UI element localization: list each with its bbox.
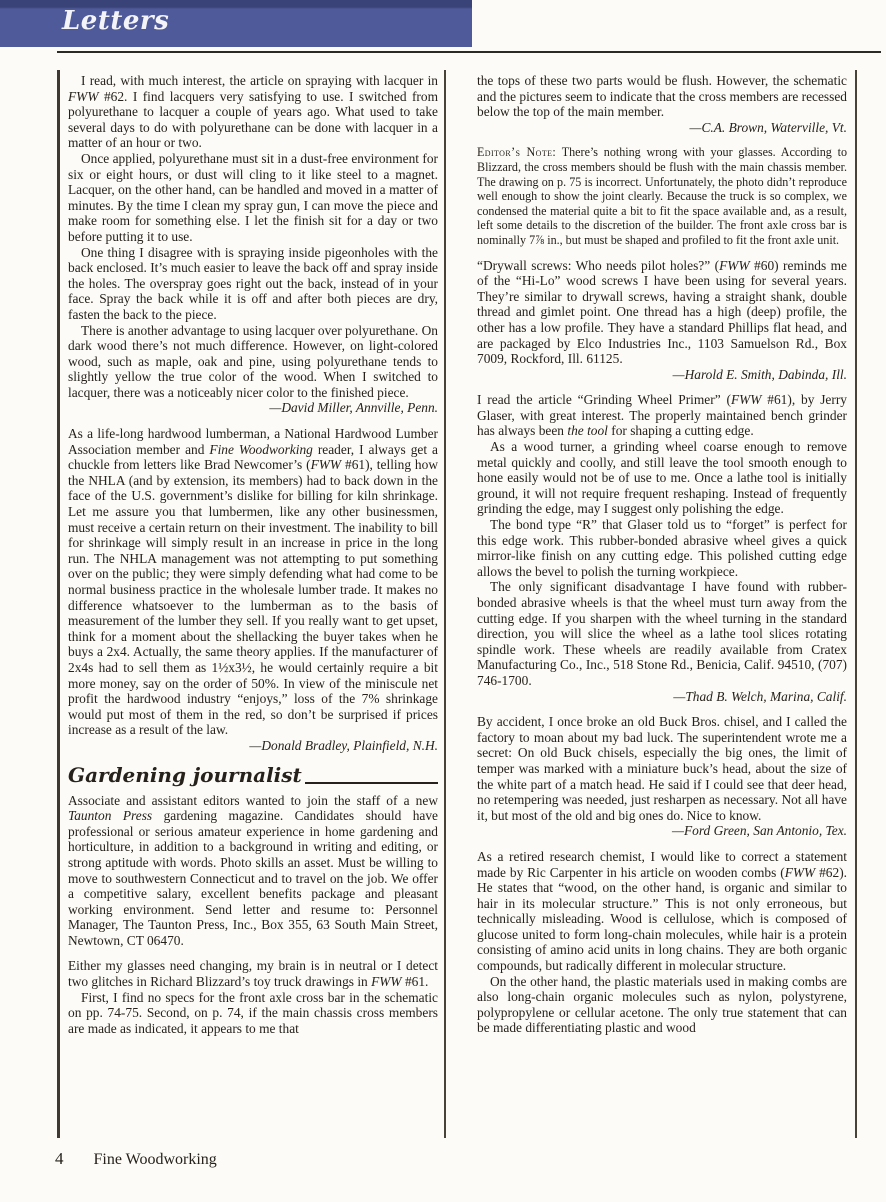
letter-paragraph: As a life-long hardwood lumberman, a Nat… [68, 426, 438, 738]
column-right: the tops of these two parts would be flu… [477, 73, 847, 1145]
heading-rule [305, 782, 438, 784]
letter-paragraph: First, I find no specs for the front axl… [68, 990, 438, 1037]
editors-note-label: Editor’s Note: [477, 145, 556, 159]
column-rule-middle [444, 70, 446, 1138]
letter-signature: —Thad B. Welch, Marina, Calif. [477, 689, 847, 705]
magazine-page: Letters I read, with much interest, the … [0, 0, 886, 1202]
editors-note: Editor’s Note: There’s nothing wrong wit… [477, 145, 847, 247]
page-footer: 4Fine Woodworking [55, 1149, 217, 1169]
letter-signature: —David Miller, Annville, Penn. [68, 400, 438, 416]
letter-paragraph: On the other hand, the plastic materials… [477, 974, 847, 1036]
letter-signature: —Ford Green, San Antonio, Tex. [477, 823, 847, 839]
magazine-title: Fine Woodworking [94, 1151, 217, 1168]
letter-paragraph: One thing I disagree with is spraying in… [68, 245, 438, 323]
letter-signature: —C.A. Brown, Waterville, Vt. [477, 120, 847, 136]
letter-signature: —Donald Bradley, Plainfield, N.H. [68, 738, 438, 754]
letter-paragraph: “Drywall screws: Who needs pilot holes?”… [477, 258, 847, 367]
section-heading: Gardening journalist [68, 763, 438, 787]
letter-paragraph: As a wood turner, a grinding wheel coars… [477, 439, 847, 517]
page-title: Letters [62, 6, 169, 36]
letter-paragraph: Either my glasses need changing, my brai… [68, 958, 438, 989]
header-rule [57, 51, 881, 53]
column-rule-right [855, 70, 857, 1138]
letter-paragraph: The bond type “R” that Glaser told us to… [477, 517, 847, 579]
letter-signature: —Harold E. Smith, Dabinda, Ill. [477, 367, 847, 383]
letter-paragraph: By accident, I once broke an old Buck Br… [477, 714, 847, 823]
letter-paragraph: Once applied, polyurethane must sit in a… [68, 151, 438, 245]
letter-paragraph: the tops of these two parts would be flu… [477, 73, 847, 120]
section-banner: Letters [0, 0, 472, 47]
letter-paragraph: Associate and assistant editors wanted t… [68, 793, 438, 949]
column-left: I read, with much interest, the article … [68, 73, 438, 1145]
letter-paragraph: As a retired research chemist, I would l… [477, 849, 847, 974]
letter-paragraph: I read, with much interest, the article … [68, 73, 438, 151]
column-rule-left [57, 70, 60, 1138]
page-number: 4 [55, 1149, 64, 1168]
letter-paragraph: I read the article “Grinding Wheel Prime… [477, 392, 847, 439]
letter-paragraph: The only significant disadvantage I have… [477, 579, 847, 688]
letter-paragraph: There is another advantage to using lacq… [68, 323, 438, 401]
